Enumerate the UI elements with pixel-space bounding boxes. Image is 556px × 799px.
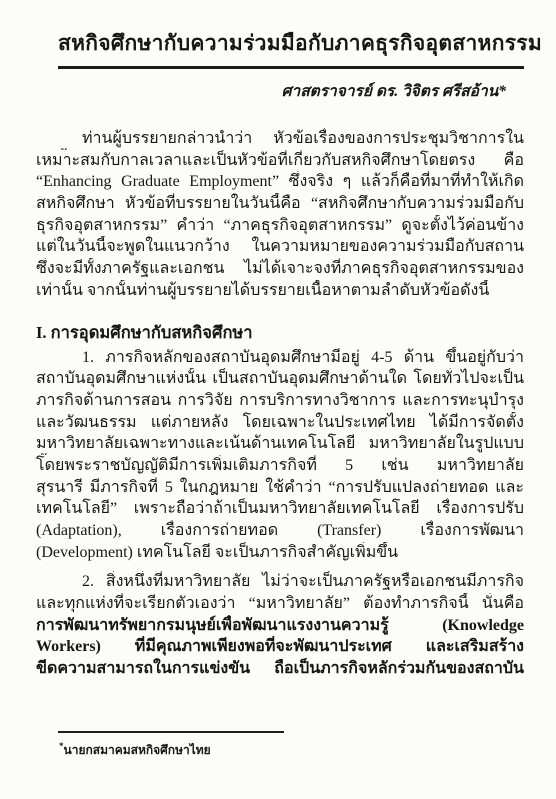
text-line: มหาวิทยาลัยเฉพาะทางและเน้นด้านเทคโนโลยี … bbox=[36, 433, 524, 455]
text-line: ธุรกิจอุตสาหกรรม” คำว่า “ภาคธุรกิจอุตสาห… bbox=[36, 215, 524, 237]
text-line: โดยพระราชบัญญัติมีการเพิ่มเติมภารกิจที่ … bbox=[36, 455, 524, 477]
text-line: เทคโนโลยี” เพราะถือว่าถ้าเป็นมหาวิทยาลัย… bbox=[36, 498, 524, 520]
text-line: “Enhancing Graduate Employment” ซึ่งจริง… bbox=[36, 171, 524, 193]
footnote: *นายกสมาคมสหกิจศึกษาไทย bbox=[59, 742, 211, 758]
author-byline: ศาสตราจารย์ ดร. วิจิตร ศรีสอ้าน* bbox=[36, 81, 524, 103]
text-line: และทุกแห่งที่จะเรียกตัวเองว่า “มหาวิทยาล… bbox=[36, 593, 524, 615]
paragraph: 1. ภารกิจหลักของสถาบันอุดมศึกษามีอยู่ 4-… bbox=[36, 347, 524, 564]
text-line: สหกิจศึกษา หัวข้อที่บรรยายในวันนี้คือ “ส… bbox=[36, 193, 524, 215]
page-title: สหกิจศึกษากับความร่วมมือกับภาคธุรกิจอุตส… bbox=[58, 28, 524, 58]
text-line: สุรนารี มีภารกิจที่ 5 ในกฎหมาย ใช้คำว่า … bbox=[36, 477, 524, 499]
paragraph: ท่านผู้บรรยายกล่าวนำว่า หัวข้อเรื่องของก… bbox=[36, 128, 524, 302]
title-rule bbox=[58, 66, 524, 69]
text-line: สถาบันอุดมศึกษาแห่งนั้น เป็นสถาบันอุดมศึ… bbox=[36, 368, 524, 390]
text-line: ภารกิจด้านการสอน การวิจัย การบริการทางวิ… bbox=[36, 390, 524, 412]
document-body: ท่านผู้บรรยายกล่าวนำว่า หัวข้อเรื่องของก… bbox=[36, 128, 524, 680]
text-line: ท่านผู้บรรยายกล่าวนำว่า หัวข้อเรื่องของก… bbox=[36, 128, 524, 150]
text-line: ซึ่งจะมีทั้งภาครัฐและเอกชน ไม่ได้เจาะจงท… bbox=[36, 258, 524, 280]
text-line: ขีดความสามารถในการแข่งขัน ถือเป็นภารกิจห… bbox=[36, 658, 524, 680]
footnote-text: นายกสมาคมสหกิจศึกษาไทย bbox=[64, 743, 211, 757]
footnote-rule bbox=[58, 731, 284, 733]
section-heading: I. การอุดมศึกษากับสหกิจศึกษา bbox=[36, 321, 524, 345]
document-page: สหกิจศึกษากับความร่วมมือกับภาคธุรกิจอุตส… bbox=[0, 0, 556, 799]
text-line: และวัฒนธรรม แต่ภายหลัง โดยเฉพาะในประเทศไ… bbox=[36, 412, 524, 434]
text-line: การพัฒนาทรัพยากรมนุษย์เพื่อพัฒนาแรงงานคว… bbox=[36, 615, 524, 637]
text-line: 1. ภารกิจหลักของสถาบันอุดมศึกษามีอยู่ 4-… bbox=[36, 347, 524, 369]
paragraph: 2. สิ่งหนึ่งที่มหาวิทยาลัย ไม่ว่าจะเป็นภ… bbox=[36, 571, 524, 679]
text-line: 2. สิ่งหนึ่งที่มหาวิทยาลัย ไม่ว่าจะเป็นภ… bbox=[36, 571, 524, 593]
text-line: (Development) เทคโนโลยี จะเป็นภารกิจสำคั… bbox=[36, 542, 524, 564]
text-line: เหมาะสมกับกาลเวลาและเป็นหัวข้อที่เกี่ยวก… bbox=[36, 150, 524, 172]
text-line: แต่ในวันนี้จะพูดในแนวกว้าง ในความหมายของ… bbox=[36, 236, 524, 258]
text-line: Workers) ที่มีคุณภาพเพียงพอที่จะพัฒนาประ… bbox=[36, 636, 524, 658]
text-line: (Adaptation), เรื่องการถ่ายทอด (Transfer… bbox=[36, 520, 524, 542]
text-line: เท่านั้น จากนั้นท่านผู้บรรยายได้บรรยายเน… bbox=[36, 280, 524, 302]
